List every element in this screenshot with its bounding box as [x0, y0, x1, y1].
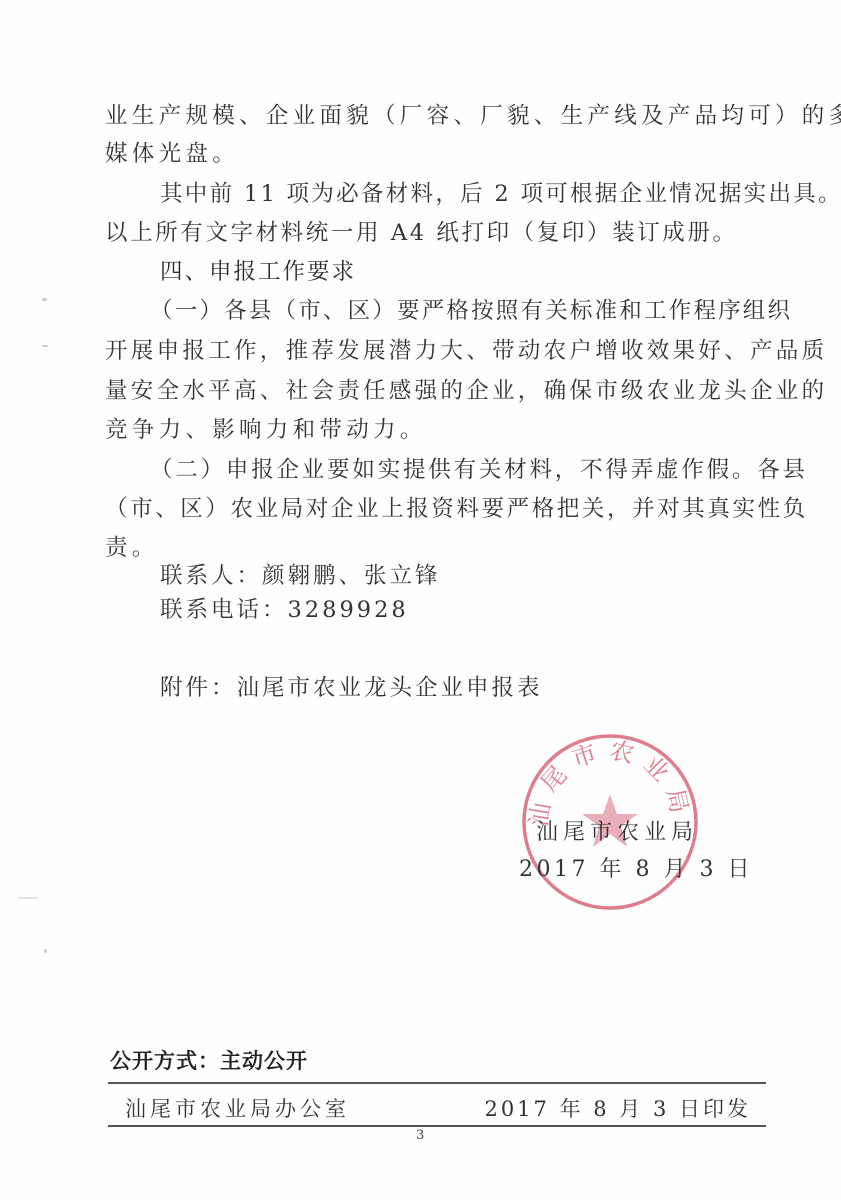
- footer-divider: [108, 1125, 766, 1127]
- attachment-note: 附件：汕尾市农业龙头企业申报表: [160, 674, 820, 702]
- requirement-paragraph-1: （一）各县（市、区）要严格按照有关标准和工作程序组织: [150, 297, 810, 325]
- signature-date: 2017 年 8 月 3 日: [519, 852, 753, 883]
- issue-date: 2017 年 8 月 3 日印发: [484, 1093, 751, 1123]
- page-number: 3: [416, 1128, 424, 1143]
- body-line: 业生产规模、企业面貌（厂容、厂貌、生产线及产品均可）的多: [105, 102, 765, 130]
- document-page: 业生产规模、企业面貌（厂容、厂貌、生产线及产品均可）的多 媒体光盘。 其中前 1…: [0, 0, 841, 1200]
- scan-mark: [42, 298, 47, 301]
- footer-divider: [108, 1082, 766, 1084]
- scan-mark: [18, 897, 38, 899]
- scan-mark: [42, 345, 48, 347]
- body-line: 媒体光盘。: [105, 140, 765, 168]
- requirement-paragraph-2: （市、区）农业局对企业上报资料要严格把关，并对其真实性负: [105, 495, 765, 523]
- scan-mark: [44, 949, 47, 953]
- requirement-paragraph-1: 开展申报工作，推荐发展潜力大、带动农户增收效果好、产品质: [105, 337, 765, 365]
- requirement-paragraph-1: 量安全水平高、社会责任感强的企业，确保市级农业龙头企业的: [105, 377, 765, 405]
- section-heading: 四、申报工作要求: [160, 258, 820, 286]
- disclosure-method: 公开方式：主动公开: [110, 1045, 308, 1075]
- body-line: 其中前 11 项为必备材料，后 2 项可根据企业情况据实出具。: [160, 180, 820, 208]
- contact-phone: 联系电话：3289928: [160, 596, 820, 624]
- contact-person: 联系人：颜翱鹏、张立锋: [160, 562, 820, 590]
- requirement-paragraph-1: 竞争力、影响力和带动力。: [105, 416, 765, 444]
- body-line: 以上所有文字材料统一用 A4 纸打印（复印）装订成册。: [105, 219, 765, 247]
- signature-organization: 汕尾市农业局: [536, 815, 698, 846]
- issuing-office: 汕尾市农业局办公室: [125, 1093, 350, 1123]
- requirement-paragraph-2: （二）申报企业要如实提供有关材料，不得弄虚作假。各县: [150, 456, 810, 484]
- requirement-paragraph-2: 责。: [105, 534, 765, 562]
